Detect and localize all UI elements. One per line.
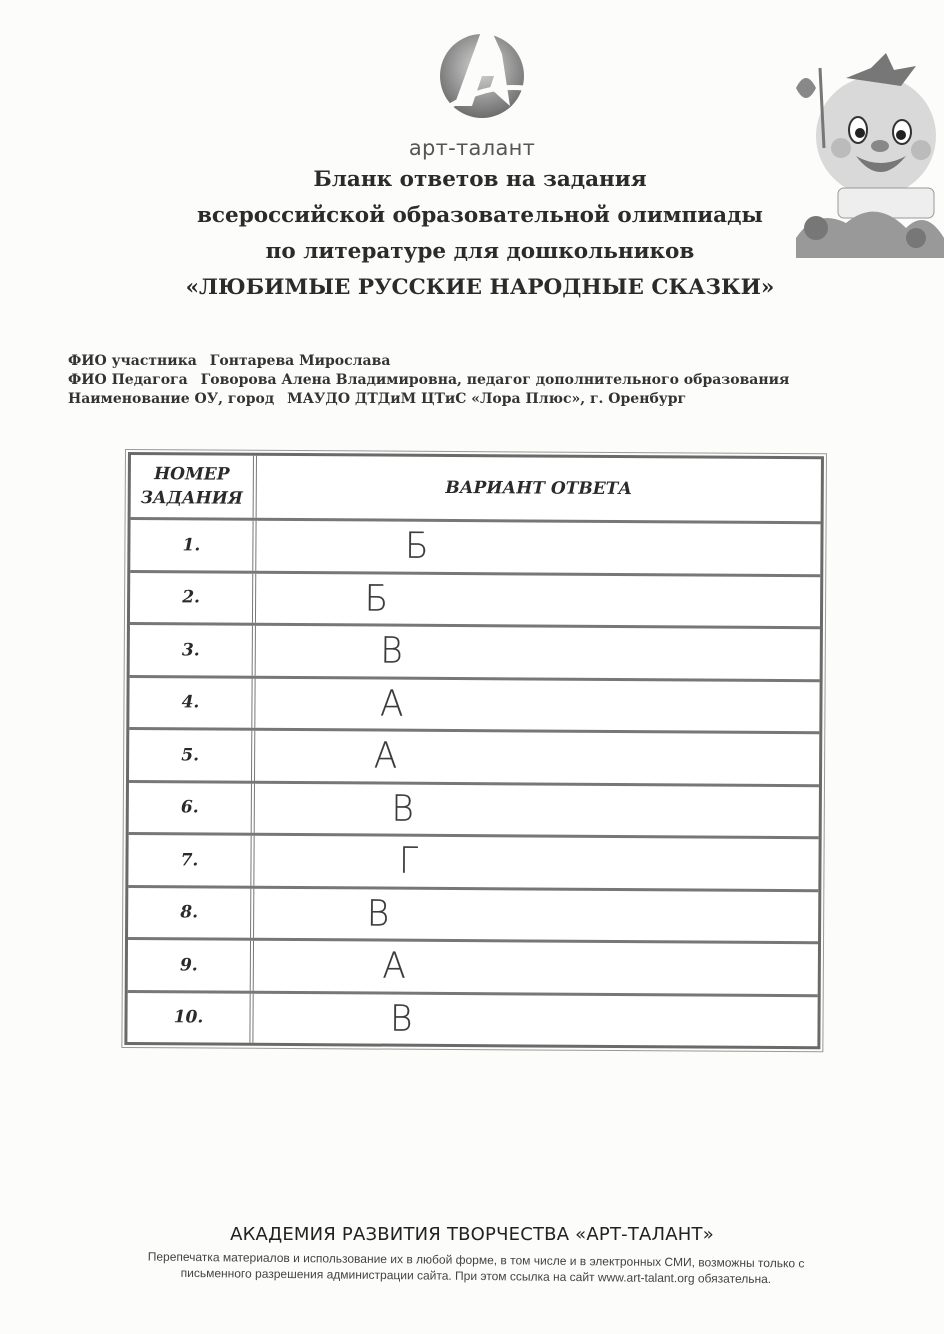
table-row: 8. В: [128, 888, 818, 945]
answer-cell: А: [255, 678, 819, 731]
table-row: 7. Г: [128, 835, 818, 892]
title-line: «ЛЮБИМЫЕ РУССКИЕ НАРОДНЫЕ СКАЗКИ»: [150, 270, 810, 306]
task-number: 10.: [127, 993, 253, 1043]
teacher-label: ФИО Педагога: [68, 372, 188, 388]
answer-cell: В: [256, 626, 820, 679]
table-header-row: НОМЕР ЗАДАНИЯ ВАРИАНТ ОТВЕТА: [131, 455, 821, 524]
table-row: 4. А: [129, 678, 819, 735]
answer-cell: А: [254, 941, 818, 994]
answer-cell: В: [255, 783, 819, 836]
title-line: по литературе для дошкольников: [150, 234, 810, 270]
answer-cell: Г: [254, 836, 818, 889]
handwritten-answer: В: [391, 788, 414, 829]
task-number: 2.: [130, 573, 256, 623]
header-number-line1: НОМЕР: [141, 462, 243, 487]
teacher-name: Говорова Алена Владимировна, педагог доп…: [201, 372, 790, 388]
handwritten-answer: А: [374, 736, 398, 777]
header-number-line2: ЗАДАНИЯ: [141, 486, 243, 511]
handwritten-answer: А: [382, 946, 406, 987]
participant-info: ФИО участника Гонтарева Мирослава ФИО Пе…: [68, 352, 789, 409]
table-row: 2. Б: [130, 573, 820, 630]
institution-label: Наименование ОУ, город: [68, 391, 274, 407]
header-answer-variant: ВАРИАНТ ОТВЕТА: [257, 456, 821, 521]
task-number: 1.: [130, 520, 256, 570]
kolobok-character-icon: [776, 48, 944, 258]
table-row: 3. В: [130, 625, 820, 682]
institution-name: МАУДО ДТДиМ ЦТиС «Лора Плюс», г. Оренбур…: [287, 391, 686, 407]
task-number: 5.: [129, 730, 255, 780]
answers-table: НОМЕР ЗАДАНИЯ ВАРИАНТ ОТВЕТА 1. Б 2. Б 3…: [124, 452, 824, 1049]
table-row: 10. В: [127, 993, 817, 1047]
handwritten-answer: В: [390, 998, 413, 1039]
handwritten-answer: Б: [405, 526, 429, 567]
teacher-row: ФИО Педагога Говорова Алена Владимировна…: [68, 371, 789, 390]
task-number: 3.: [130, 625, 256, 675]
participant-row: ФИО участника Гонтарева Мирослава: [68, 352, 789, 371]
document-title: Бланк ответов на задания всероссийской о…: [150, 162, 810, 306]
participant-name: Гонтарева Мирослава: [210, 353, 391, 369]
handwritten-answer: Б: [365, 578, 389, 619]
table-row: 5. А: [129, 730, 819, 787]
answer-sheet-page: арт-талант Бланк ответов на задания всер…: [0, 0, 944, 1334]
task-number: 4.: [129, 678, 255, 728]
table-row: 9. А: [128, 940, 818, 997]
task-number: 8.: [128, 888, 254, 938]
answer-cell: Б: [256, 521, 820, 574]
participant-label: ФИО участника: [68, 353, 197, 369]
table-row: 6. В: [129, 783, 819, 840]
footer-copyright-note: Перепечатка материалов и использование и…: [96, 1248, 856, 1288]
answer-cell: В: [253, 993, 817, 1046]
institution-row: Наименование ОУ, город МАУДО ДТДиМ ЦТиС …: [68, 390, 789, 409]
art-talant-logo-icon: [432, 14, 532, 124]
header-task-number: НОМЕР ЗАДАНИЯ: [131, 455, 257, 518]
title-line: всероссийской образовательной олимпиады: [150, 198, 810, 234]
answer-cell: А: [255, 731, 819, 784]
task-number: 7.: [128, 835, 254, 885]
handwritten-answer: А: [380, 683, 404, 724]
task-number: 6.: [129, 783, 255, 833]
handwritten-answer: Г: [399, 841, 418, 882]
answer-cell: Б: [256, 573, 820, 626]
handwritten-answer: В: [367, 893, 390, 934]
table-row: 1. Б: [130, 520, 820, 577]
task-number: 9.: [128, 940, 254, 990]
title-line: Бланк ответов на задания: [150, 162, 810, 198]
handwritten-answer: В: [380, 631, 403, 672]
answer-cell: В: [254, 888, 818, 941]
footer-academy-title: АКАДЕМИЯ РАЗВИТИЯ ТВОРЧЕСТВА «АРТ-ТАЛАНТ…: [0, 1224, 944, 1245]
